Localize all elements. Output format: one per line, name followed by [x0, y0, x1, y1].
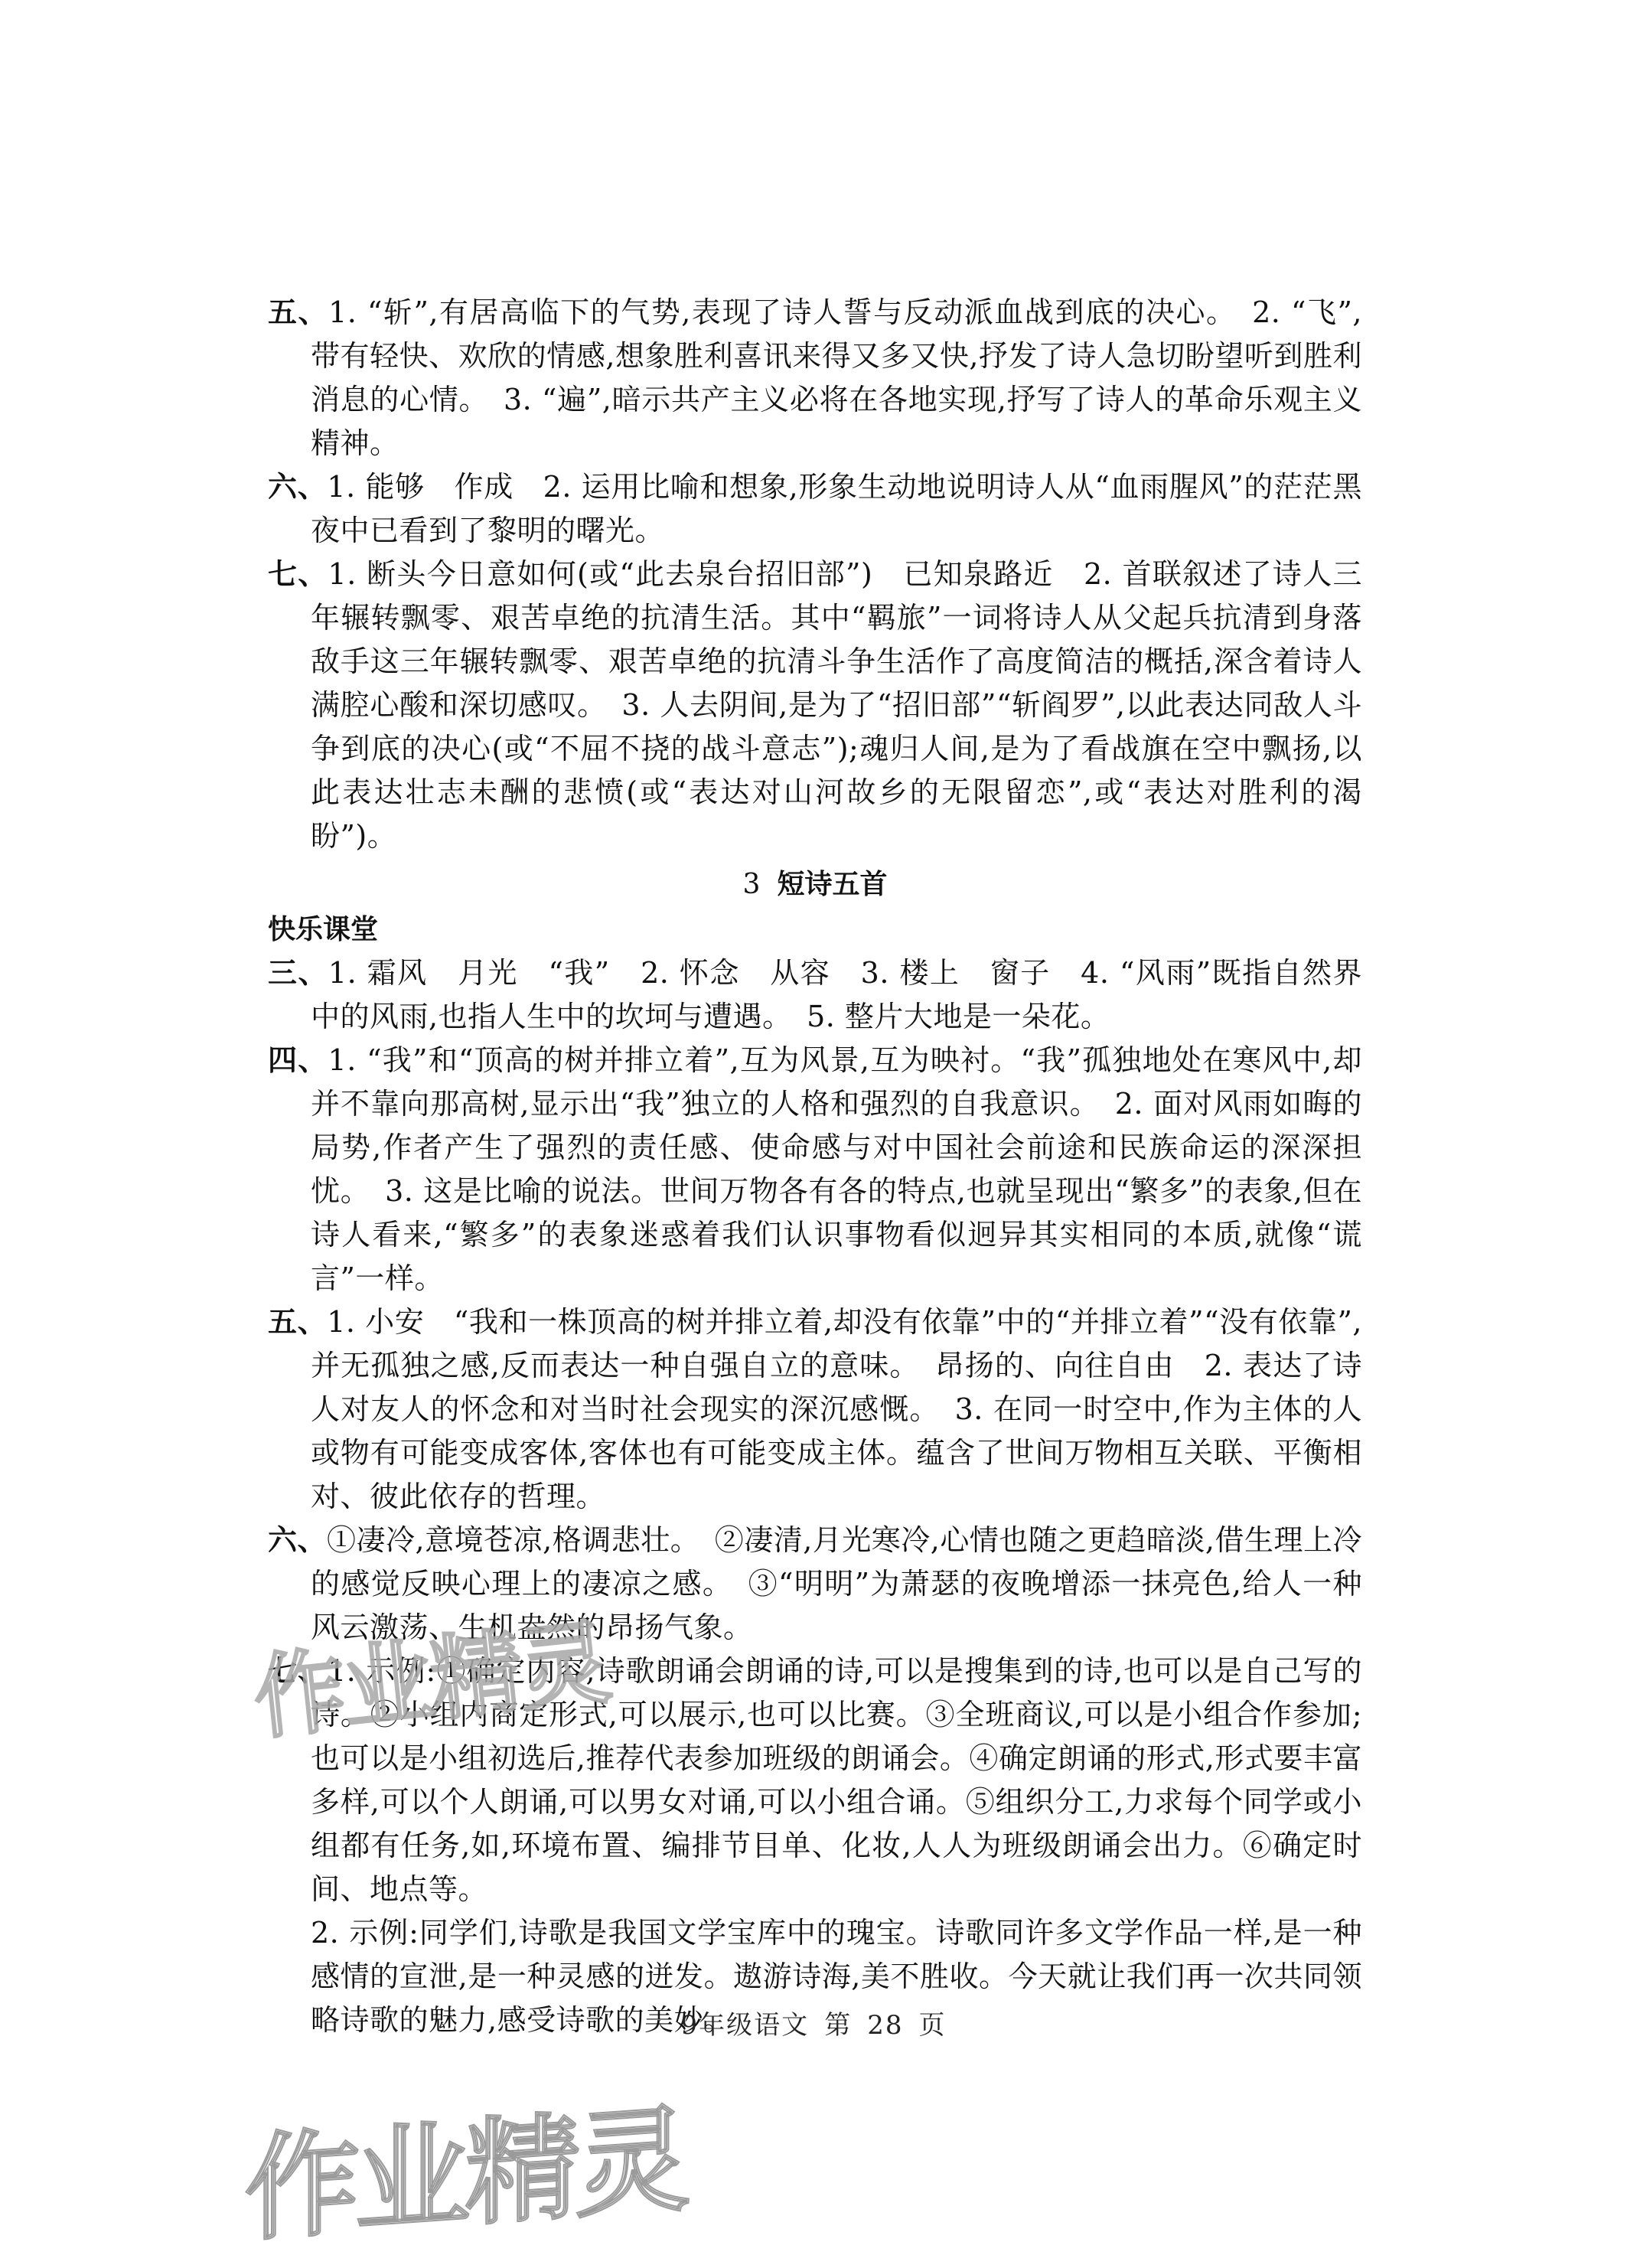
answer-q6: 六、①凄冷,意境苍凉,格调悲壮。 ②凄清,月光寒冷,心情也随之更趋暗淡,借生理上… [268, 1519, 1362, 1650]
answer-text: 1. 能够 作成 2. 运用比喻和想象,形象生动地说明诗人从“血雨腥风”的茫茫黑… [311, 470, 1362, 547]
footer-page-number: 28 [867, 2010, 903, 2041]
section-title: 3短诗五首 [268, 863, 1362, 906]
footer-page-suffix: 页 [918, 2010, 946, 2041]
question-marker: 五、 [268, 1305, 327, 1339]
footer-page-prefix: 第 [824, 2010, 852, 2041]
answer-prev-q7: 七、1. 断头今日意如何(或“此去泉台招旧部”) 已知泉路近 2. 首联叙述了诗… [268, 553, 1362, 858]
answer-text: 1. “我”和“顶高的树并排立着”,互为风景,互为映衬。“我”孤独地处在寒风中,… [311, 1043, 1362, 1295]
section-title-text: 短诗五首 [777, 869, 887, 900]
question-marker: 七、 [268, 1654, 328, 1688]
answer-text: 1. 霜风 月光 “我” 2. 怀念 从容 3. 楼上 窗子 4. “风雨”既指… [311, 956, 1362, 1033]
section-number: 3 [743, 869, 761, 900]
question-marker: 七、 [268, 557, 328, 591]
answer-text: ①凄冷,意境苍凉,格调悲壮。 ②凄清,月光寒冷,心情也随之更趋暗淡,借生理上冷的… [311, 1523, 1362, 1644]
answer-content: 五、1. “斩”,有居高临下的气势,表现了诗人誓与反动派血战到底的决心。 2. … [268, 291, 1362, 2042]
answer-q7-part1: 七、1. 示例:①确定内容,诗歌朗诵会朗诵的诗,可以是搜集到的诗,也可以是自己写… [268, 1650, 1362, 1911]
answer-text: 1. “斩”,有居高临下的气势,表现了诗人誓与反动派血战到底的决心。 2. “飞… [311, 295, 1362, 460]
answer-text: 1. 断头今日意如何(或“此去泉台招旧部”) 已知泉路近 2. 首联叙述了诗人三… [311, 557, 1362, 853]
question-marker: 三、 [268, 956, 328, 990]
question-marker: 六、 [268, 1523, 327, 1557]
question-marker: 六、 [268, 470, 327, 504]
answer-prev-q5: 五、1. “斩”,有居高临下的气势,表现了诗人誓与反动派血战到底的决心。 2. … [268, 291, 1362, 465]
question-marker: 四、 [268, 1043, 328, 1077]
watermark-logo: 作业精灵 [245, 2067, 686, 2263]
footer-grade-subject: 9年级语文 [681, 2010, 810, 2041]
document-page: 五、1. “斩”,有居高临下的气势,表现了诗人誓与反动派血战到底的决心。 2. … [0, 0, 1627, 2268]
page-footer: 9年级语文第28页 [0, 2004, 1627, 2041]
answer-q4: 四、1. “我”和“顶高的树并排立着”,互为风景,互为映衬。“我”孤独地处在寒风… [268, 1039, 1362, 1300]
answer-prev-q6: 六、1. 能够 作成 2. 运用比喻和想象,形象生动地说明诗人从“血雨腥风”的茫… [268, 465, 1362, 553]
answer-q5: 五、1. 小安 “我和一株顶高的树并排立着,却没有依靠”中的“并排立着”“没有依… [268, 1300, 1362, 1519]
question-marker: 五、 [268, 295, 328, 329]
subheading: 快乐课堂 [268, 908, 1362, 951]
answer-q3: 三、1. 霜风 月光 “我” 2. 怀念 从容 3. 楼上 窗子 4. “风雨”… [268, 951, 1362, 1039]
answer-text: 1. 示例:①确定内容,诗歌朗诵会朗诵的诗,可以是搜集到的诗,也可以是自己写的诗… [311, 1654, 1362, 1906]
answer-text: 1. 小安 “我和一株顶高的树并排立着,却没有依靠”中的“并排立着”“没有依靠”… [311, 1305, 1362, 1513]
